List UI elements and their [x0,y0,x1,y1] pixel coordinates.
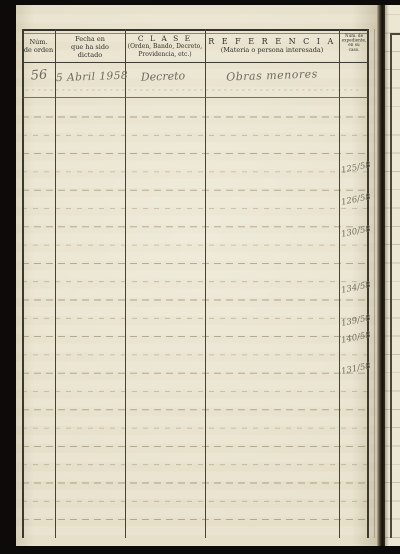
ruled-lines [22,5,368,546]
header-line: Núm. [22,38,55,46]
header-referencia: R E F E R E N C I A (Materia o persona i… [205,37,339,55]
page-edge-line [374,29,375,538]
header-line: de orden [22,46,55,54]
next-page-table-top [390,33,400,35]
table-border-left [22,29,24,538]
first-row-separator-line [22,97,369,98]
header-line: caso. [339,48,370,53]
column-divider-3 [205,29,206,538]
header-line: R E F E R E N C I A [205,37,339,46]
header-line: que ha sido [55,43,125,51]
header-clase: C L A S E (Orden, Bando, Decreto, Provid… [125,35,205,59]
column-divider-4 [339,29,340,538]
column-divider-2 [125,29,126,538]
header-num-orden: Núm. de orden [22,38,55,54]
next-page-edge [385,5,400,546]
header-fecha: Fecha en que ha sido dictado [55,35,125,59]
scanned-ledger-photo: Núm. de orden Fecha en que ha sido dicta… [0,0,400,554]
entry-fecha: 5 Abril 1958 [56,70,124,84]
ledger-page: Núm. de orden Fecha en que ha sido dicta… [16,5,377,546]
book-gutter-shadow [377,5,385,546]
entry-clase: Decreto [128,69,198,84]
entry-num-orden: 56 [24,67,55,84]
header-line: (Orden, Bando, Decreto, [125,43,205,51]
header-line: C L A S E [125,35,205,43]
next-page-inner-shadow [385,5,389,546]
header-line: Fecha en [55,35,125,43]
next-page-table-border [390,33,392,538]
header-separator-line [22,62,369,63]
column-divider-1 [55,29,56,538]
header-line: (Materia o persona interesada) [205,46,339,55]
header-expediente: Núm. de expediente, en su caso. [338,34,369,60]
table-border-top [22,29,369,31]
table-border-top-inner [22,33,369,34]
header-line: Providencia, etc.) [125,51,205,59]
header-line: dictado [55,51,125,59]
